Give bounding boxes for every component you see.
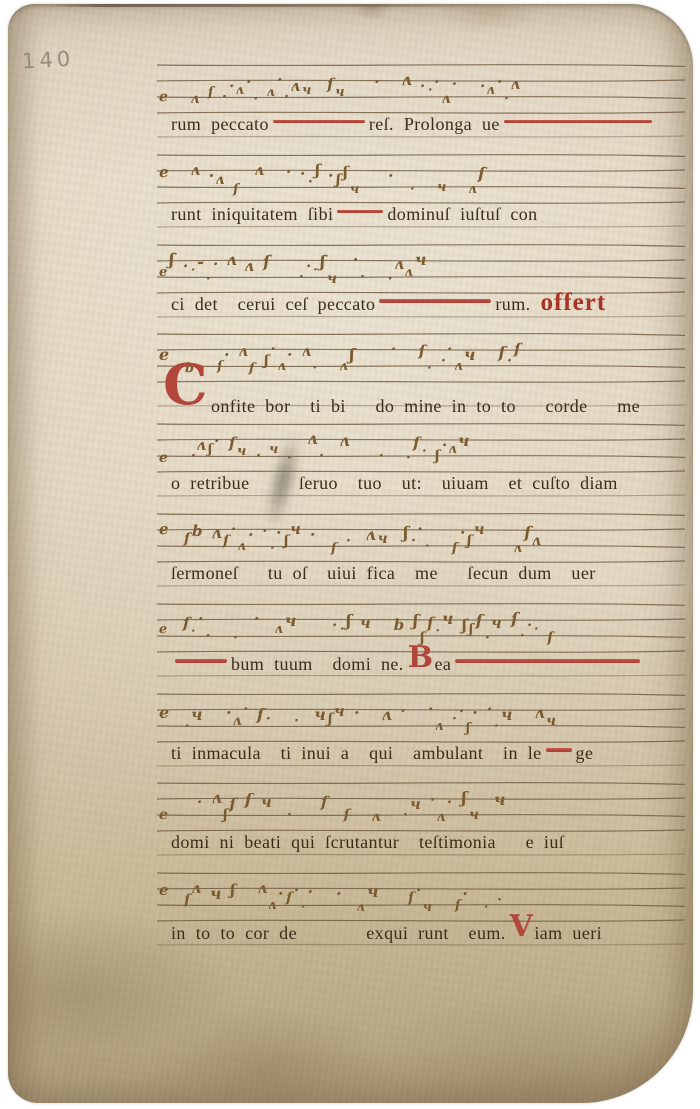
lyric-text: ci det cerui ceſ peccato [171, 294, 375, 315]
lyric-text: bum tuum domi ne. [231, 654, 404, 675]
red-filler-line [273, 120, 365, 124]
neume-notation: e ·ч ·ʌ· ſ· · чʃч · ʌ · ·ʌ ··ʃ· ··ч ʌч [159, 691, 685, 749]
neume-notation: e ʌ ·ʌ ſ ʌ · ··ʃ ·ʃʃч · · ч ʌſ [159, 152, 685, 210]
lyric-line: o retribue ſeruo tuo ut: uiuam et cuſto … [157, 473, 685, 494]
red-filler-line [455, 659, 640, 663]
lyric-text: ti inmacula ti inui a qui ambulant in le [171, 743, 542, 764]
red-filler-line [546, 748, 572, 752]
chant-system: e ·ʌʃ· ſч · ч · ʌ· ʌ · ·ſ· ʃ·ʌчo retribu… [157, 419, 685, 507]
colored-initial: B [408, 650, 434, 666]
lyric-text: runt iniquitatem ſibi [171, 204, 333, 225]
chant-system: e ʌ ·ʌ ſ ʌ · ··ʃ ·ʃʃч · · ч ʌſrunt iniqu… [157, 150, 685, 238]
lyric-line: ſermoneſ tu oſ uiui fica me ſecun dum ue… [157, 563, 685, 584]
rubric-word: offert [541, 296, 607, 310]
chant-system: e ſb ʌſ·ʌ· ···ʃч · ſ · ʌч ʃ··· ſ·ʃч ʌſʌſ… [157, 509, 685, 597]
lyric-line: ti inmacula ti inui a qui ambulant in le… [157, 743, 685, 764]
lyric-text: ſermoneſ tu oſ uiui fica me ſecun dum ue… [171, 563, 596, 584]
lyric-line: domi ni beati qui ſcrutantur teſtimonia … [157, 832, 685, 853]
lyric-text: rum. [495, 294, 530, 315]
red-filler-line [337, 210, 383, 214]
lyric-line: ci det cerui ceſ peccatorum.offert [157, 294, 685, 315]
neume-notation: e b ſ· ʌſ ʃ·ʌ· ʌ· ʌʃ · ſ· ··ʌч ſ·ſ [159, 331, 685, 389]
neume-notation: e ſʌ ч ʃ ʌʌ·ſ··· · ʌч ſ·ч ſ· · · [159, 870, 685, 928]
chant-system: e ſʌ ч ʃ ʌʌ·ſ··· · ʌч ſ·ч ſ· · ·in to to… [157, 868, 685, 956]
lyric-text: rum peccato [171, 114, 269, 135]
chant-system: e b ſ· ʌſ ʃ·ʌ· ʌ· ʌʃ · ſ· ··ʌч ſ·ſConfit… [157, 329, 685, 417]
music-systems: e ʌ ſ ··ʌ·· ʌ··ʌч ſч · ʌ ···ʌ· ·ʌ··ʌrum … [8, 4, 693, 1103]
lyric-text: domi ni beati qui ſcrutantur teſtimonia … [171, 832, 564, 853]
red-filler-line [175, 659, 227, 663]
lyric-line: in to to cor de exqui runt eum.Viam ueri [157, 922, 685, 944]
lyric-line: runt iniquitatem ſibidominuſ iuſtuſ con [157, 204, 685, 225]
lyric-text: iam ueri [534, 923, 602, 944]
red-filler-line [504, 120, 652, 124]
manuscript-page: 140 e ʌ ſ ··ʌ·· ʌ··ʌч ſч · ʌ ···ʌ· ·ʌ··ʌ… [8, 4, 693, 1103]
lyric-text: ge [576, 743, 594, 764]
chant-system: e · ʌʃſ ſ ч · ſ ſ ʌ ·ч ·ʌ· ʃч чdomi ni b… [157, 778, 685, 866]
neume-notation: e · ʌʃſ ſ ч · ſ ſ ʌ ·ч ·ʌ· ʃч ч [159, 780, 685, 838]
lyric-text: reſ. Prolonga ue [369, 114, 500, 135]
illuminated-initial: C [163, 375, 208, 395]
neume-notation: eʃ ··-·· ʌ ʌ ſ ···ʃч ·· ·ʌʌч [159, 242, 685, 300]
photo-background: 140 e ʌ ſ ··ʌ·· ʌ··ʌч ſч · ʌ ···ʌ· ·ʌ··ʌ… [0, 0, 700, 1109]
red-filler-line [379, 299, 491, 303]
chant-system: e ·ч ·ʌ· ſ· · чʃч · ʌ · ·ʌ ··ʃ· ··ч ʌчti… [157, 689, 685, 777]
chant-system: e ʌ ſ ··ʌ·· ʌ··ʌч ſч · ʌ ···ʌ· ·ʌ··ʌrum … [157, 60, 685, 148]
chant-system: eʃ ··-·· ʌ ʌ ſ ···ʃч ·· ·ʌʌчci det cerui… [157, 240, 685, 328]
colored-initial: V [510, 919, 534, 935]
lyric-line: Confite bor ti bi do mine in to to corde… [157, 383, 685, 417]
lyric-text: o retribue ſeruo tuo ut: uiuam et cuſto … [171, 473, 618, 494]
lyric-line: rum peccatoreſ. Prolonga ue [157, 114, 685, 135]
lyric-text: in to to cor de exqui runt eum. [171, 923, 506, 944]
neume-notation: e ſb ʌſ·ʌ· ···ʃч · ſ · ʌч ʃ··· ſ·ʃч ʌſʌ [159, 511, 685, 569]
neume-notation: e ʌ ſ ··ʌ·· ʌ··ʌч ſч · ʌ ···ʌ· ·ʌ··ʌ [159, 62, 685, 120]
lyric-text: dominuſ iuſtuſ con [387, 204, 537, 225]
lyric-line: bum tuum domi ne.Bea [157, 653, 685, 675]
neume-notation: e ·ʌʃ· ſч · ч · ʌ· ʌ · ·ſ· ʃ·ʌч [159, 421, 685, 479]
chant-system: e ſ··· · · ʌч ··ʃ ч b ʃʃſ·ч ʃʃſ·ч ſ··· ſ… [157, 599, 685, 687]
lyric-text: onfite bor ti bi do mine in to to corde … [211, 396, 640, 417]
lyric-text: ea [434, 654, 451, 675]
